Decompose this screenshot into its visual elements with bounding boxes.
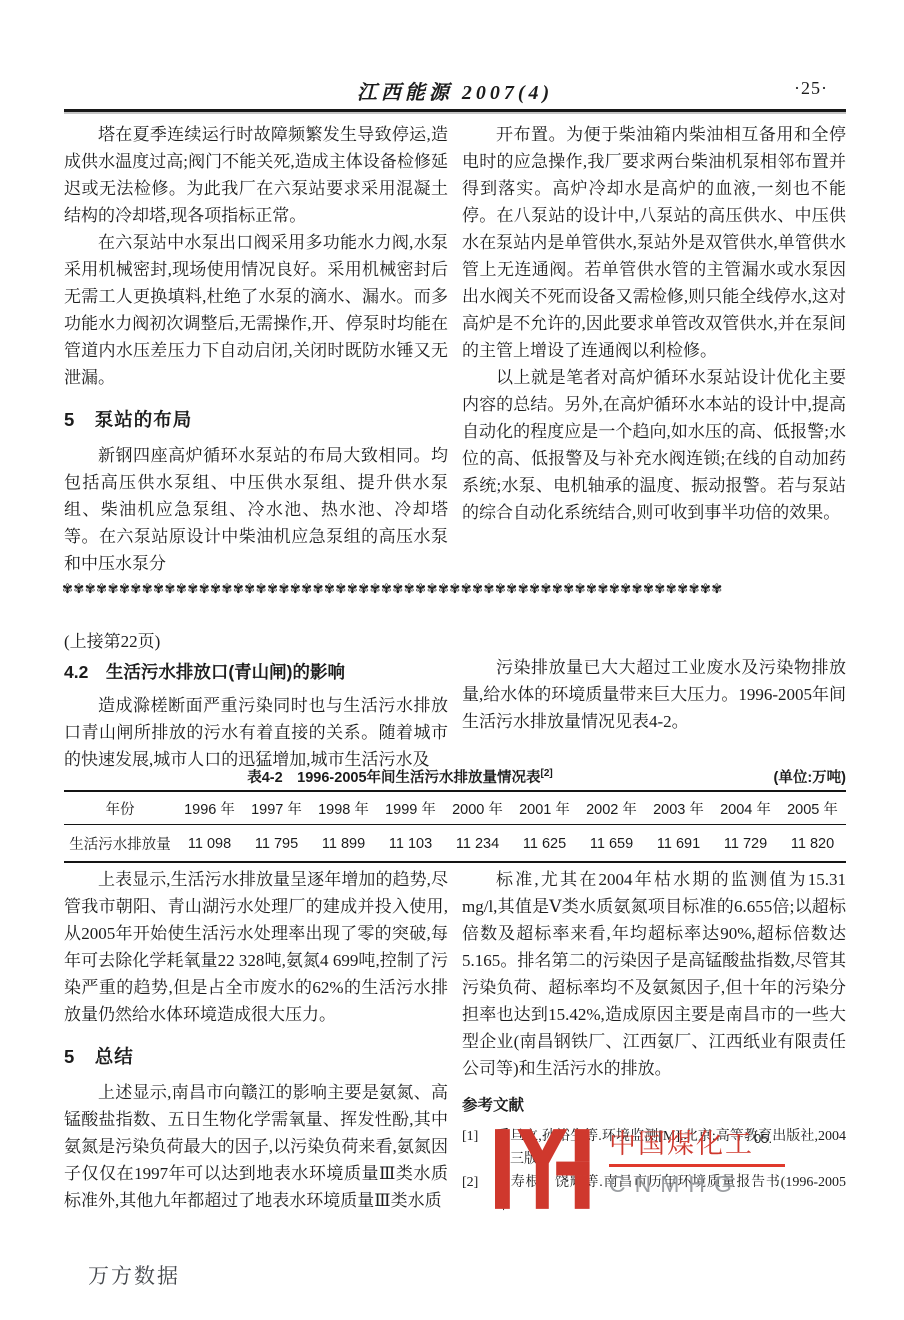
coal-chem-watermark: 中国煤化工05. CNMHG <box>495 1122 805 1214</box>
table-header-cell: 2005 年 <box>779 791 846 825</box>
table-header-cell: 2001 年 <box>511 791 578 825</box>
table-cell: 11 234 <box>444 825 511 863</box>
section-heading-pump-layout: 5 泵站的布局 <box>64 406 448 433</box>
section-heading-sewage-outlet: 4.2 生活污水排放口(青山闸)的影响 <box>64 659 448 686</box>
table-header-cell: 1996 年 <box>176 791 243 825</box>
table-cell: 11 659 <box>578 825 645 863</box>
floral-separator-ornament: ✾✾✾✾✾✾✾✾✾✾✾✾✾✾✾✾✾✾✾✾✾✾✾✾✾✾✾✾✾✾✾✾✾✾✾✾✾✾✾✾… <box>62 582 848 604</box>
references-heading: 参考文献 <box>462 1092 846 1119</box>
table-caption: 表4-2 1996-2005年间生活污水排放量情况表[2] (单位:万吨) <box>64 766 846 790</box>
table-header-cell: 1999 年 <box>377 791 444 825</box>
table-header-cell: 2004 年 <box>712 791 779 825</box>
table-cell: 11 098 <box>176 825 243 863</box>
article2-lower-left-column: 上表显示,生活污水排放量呈逐年增加的趋势,尽管我市朝阳、青山湖污水处理厂的建成并… <box>64 866 448 1214</box>
section-heading-summary: 5 总结 <box>64 1043 448 1070</box>
table-cell: 11 729 <box>712 825 779 863</box>
table-cell: 11 795 <box>243 825 310 863</box>
table-header-cell: 1997 年 <box>243 791 310 825</box>
table-header-cell: 2000 年 <box>444 791 511 825</box>
table-header-cell: 年份 <box>64 791 176 825</box>
obscured-ref-tail: 05. <box>754 1131 772 1146</box>
table-header-cell: 2002 年 <box>578 791 645 825</box>
table-caption-citation: [2] <box>541 768 553 779</box>
article2-left-column: (上接第22页) 4.2 生活污水排放口(青山闸)的影响 造成滁槎断面严重污染同… <box>64 628 448 773</box>
table-row-label: 生活污水排放量 <box>64 825 176 863</box>
paragraph: 塔在夏季连续运行时故障频繁发生导致停运,造成供水温度过高;阀门不能关死,造成主体… <box>64 121 448 229</box>
article2-right-column: 污染排放量已大大超过工业废水及污染物排放量,给水体的环境质量带来巨大压力。199… <box>462 654 846 735</box>
table-4-2-block: 表4-2 1996-2005年间生活污水排放量情况表[2] (单位:万吨) 年份… <box>64 766 846 863</box>
article1-left-column: 塔在夏季连续运行时故障频繁发生导致停运,造成供水温度过高;阀门不能关死,造成主体… <box>64 121 448 577</box>
wanfang-data-watermark: 万方数据 <box>88 1260 180 1290</box>
table-cell: 11 691 <box>645 825 712 863</box>
page-number: ·25· <box>794 78 828 99</box>
watermark-underline <box>609 1164 785 1167</box>
watermark-en-text: CNMHG <box>609 1171 805 1198</box>
table-data-row: 生活污水排放量 11 098 11 795 11 899 11 103 11 2… <box>64 825 846 863</box>
header-rule <box>64 109 846 112</box>
watermark-text-block: 中国煤化工05. CNMHG <box>609 1122 805 1198</box>
paragraph: 以上就是笔者对高炉循环水泵站设计优化主要内容的总结。另外,在高炉循环水本站的设计… <box>462 364 846 526</box>
paragraph: 污染排放量已大大超过工业废水及污染物排放量,给水体的环境质量带来巨大压力。199… <box>462 654 846 735</box>
sewage-discharge-table: 年份 1996 年 1997 年 1998 年 1999 年 2000 年 20… <box>64 790 846 863</box>
page-header: 江西能源 2007(4) ·25· <box>64 76 846 106</box>
paragraph: 上述显示,南昌市向赣江的影响主要是氨氮、高锰酸盐指数、五日生物化学需氧量、挥发性… <box>64 1079 448 1214</box>
watermark-cn-text: 中国煤化工05. <box>609 1122 805 1161</box>
table-header-cell: 1998 年 <box>310 791 377 825</box>
paragraph: 开布置。为便于柴油箱内柴油相互备用和全停电时的应急操作,我厂要求两台柴油机泵相邻… <box>462 121 846 364</box>
table-cell: 11 103 <box>377 825 444 863</box>
paragraph: 新钢四座高炉循环水泵站的布局大致相同。均包括高压供水泵组、中压供水泵组、提升供水… <box>64 442 448 577</box>
paragraph: 上表显示,生活污水排放量呈逐年增加的趋势,尽管我市朝阳、青山湖污水处理厂的建成并… <box>64 866 448 1028</box>
article1-right-column: 开布置。为便于柴油箱内柴油相互备用和全停电时的应急操作,我厂要求两台柴油机泵相邻… <box>462 121 846 526</box>
continued-from-note: (上接第22页) <box>64 628 448 655</box>
table-header-row: 年份 1996 年 1997 年 1998 年 1999 年 2000 年 20… <box>64 791 846 825</box>
coal-chem-logo-icon <box>495 1126 597 1212</box>
table-header-cell: 2003 年 <box>645 791 712 825</box>
paragraph: 在六泵站中水泵出口阀采用多功能水力阀,水泵采用机械密封,现场使用情况良好。采用机… <box>64 229 448 391</box>
paragraph: 标准,尤其在2004年枯水期的监测值为15.31 mg/l,其值是Ⅴ类水质氨氮项… <box>462 866 846 1082</box>
reference-number: [2] <box>462 1171 496 1217</box>
table-cell: 11 899 <box>310 825 377 863</box>
reference-number: [1] <box>462 1125 496 1171</box>
table-cell: 11 625 <box>511 825 578 863</box>
scanned-journal-page: 江西能源 2007(4) ·25· 塔在夏季连续运行时故障频繁发生导致停运,造成… <box>0 0 904 1320</box>
table-caption-text: 表4-2 1996-2005年间生活污水排放量情况表[2] <box>64 766 736 787</box>
table-unit-label: (单位:万吨) <box>774 766 847 787</box>
journal-title: 江西能源 2007(4) <box>64 76 846 105</box>
table-cell: 11 820 <box>779 825 846 863</box>
paragraph: 造成滁槎断面严重污染同时也与生活污水排放口青山闸所排放的污水有着直接的关系。随着… <box>64 692 448 773</box>
